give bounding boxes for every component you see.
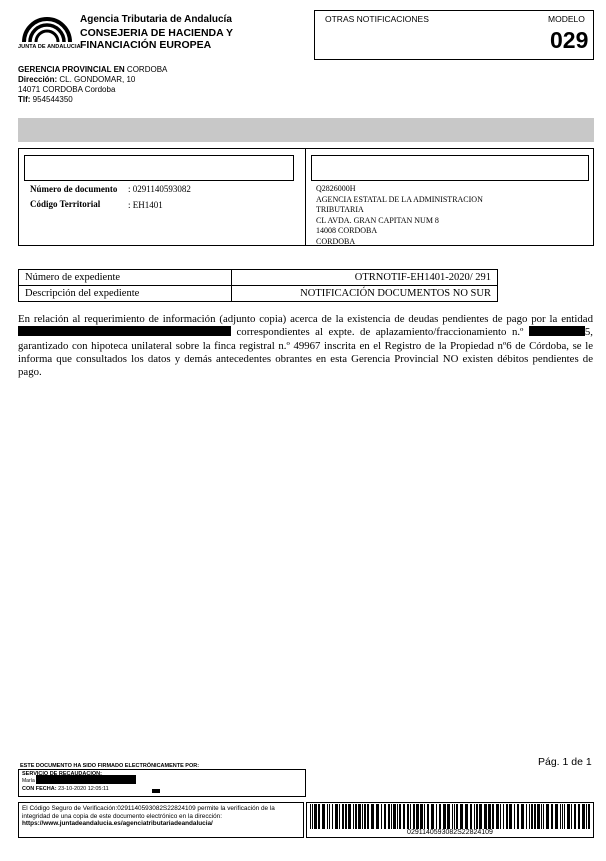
recipient-address: Q2826000H AGENCIA ESTATAL DE LA ADMINIST… xyxy=(316,184,483,247)
date-value: 23-10-2020 12:05:11 xyxy=(58,786,109,792)
recipient-postal: 14008 CORDOBA xyxy=(316,226,483,237)
grey-separator-bar xyxy=(18,118,594,142)
expediente-number-value: OTRNOTIF-EH1401-2020/ 291 xyxy=(232,270,498,286)
notification-type: OTRAS NOTIFICACIONES xyxy=(325,14,429,24)
signature-date: CON FECHA: 23-10-2020 12:05:11 xyxy=(22,786,109,792)
office-address: CL. GONDOMAR, 10 xyxy=(59,75,135,84)
date-label: CON FECHA: xyxy=(22,786,57,792)
logo-caption: JUNTA DE ANDALUCIA xyxy=(18,44,81,50)
page-number: Pág. 1 de 1 xyxy=(538,756,592,768)
recipient-province: CORDOBA xyxy=(316,237,483,248)
model-number: 029 xyxy=(550,27,588,54)
territorial-code-value: : EH1401 xyxy=(128,200,163,210)
body-part-2: correspondientes al expte. de aplazamien… xyxy=(237,326,524,338)
address-label: Dirección: xyxy=(18,75,57,84)
barcode-value: 0291140593082S22824109 xyxy=(310,829,590,836)
redacted-file-number xyxy=(529,326,585,336)
sender-blank-field xyxy=(24,155,294,181)
doc-number-value: : 0291140593082 xyxy=(128,184,191,194)
doc-number-label: Número de documento xyxy=(30,184,117,194)
office-city: CORDOBA xyxy=(127,65,167,74)
redacted-entity-name xyxy=(18,326,231,336)
body-part-1: En relación al requerimiento de informac… xyxy=(18,313,593,325)
recipient-name-2: TRIBUTARIA xyxy=(316,205,483,216)
expediente-table: Número de expediente OTRNOTIF-EH1401-202… xyxy=(18,269,498,302)
expediente-description-value: NOTIFICACIÓN DOCUMENTOS NO SUR xyxy=(232,286,498,302)
agency-name: Agencia Tributaria de Andalucía xyxy=(80,14,232,25)
verification-link[interactable]: https://www.juntadeandalucia.es/agenciat… xyxy=(22,820,213,827)
office-name: GERENCIA PROVINCIAL EN xyxy=(18,65,125,74)
recipient-street: CL AVDA. GRAN CAPITAN NUM 8 xyxy=(316,216,483,227)
territorial-code-label: Código Territorial xyxy=(30,199,100,209)
notification-body: En relación al requerimiento de informac… xyxy=(18,313,593,379)
recipient-name-1: AGENCIA ESTATAL DE LA ADMINISTRACION xyxy=(316,195,483,206)
phone-label: Tlf: xyxy=(18,95,30,104)
table-row: Número de expediente OTRNOTIF-EH1401-202… xyxy=(19,270,498,286)
office-postal-city: 14071 CORDOBA Cordoba xyxy=(18,85,167,95)
office-phone: 954544350 xyxy=(33,95,73,104)
signer-name: María xyxy=(22,778,35,784)
verification-description: El Código Seguro de Verificación:0291140… xyxy=(22,805,275,820)
office-block: GERENCIA PROVINCIAL EN CORDOBA Dirección… xyxy=(18,65,167,105)
recipient-nif: Q2826000H xyxy=(316,184,483,195)
address-panel-divider xyxy=(305,148,306,246)
expediente-number-label: Número de expediente xyxy=(19,270,232,286)
ministry-name: CONSEJERIA DE HACIENDA Y FINANCIACIÓN EU… xyxy=(80,27,310,51)
table-row: Descripción del expediente NOTIFICACIÓN … xyxy=(19,286,498,302)
expediente-description-label: Descripción del expediente xyxy=(19,286,232,302)
redacted-signer-name xyxy=(36,775,136,784)
redacted-mark xyxy=(152,789,160,793)
barcode-icon xyxy=(310,804,590,829)
model-label: MODELO xyxy=(548,14,585,24)
recipient-blank-field xyxy=(311,155,589,181)
verification-text: El Código Seguro de Verificación:0291140… xyxy=(22,805,302,828)
